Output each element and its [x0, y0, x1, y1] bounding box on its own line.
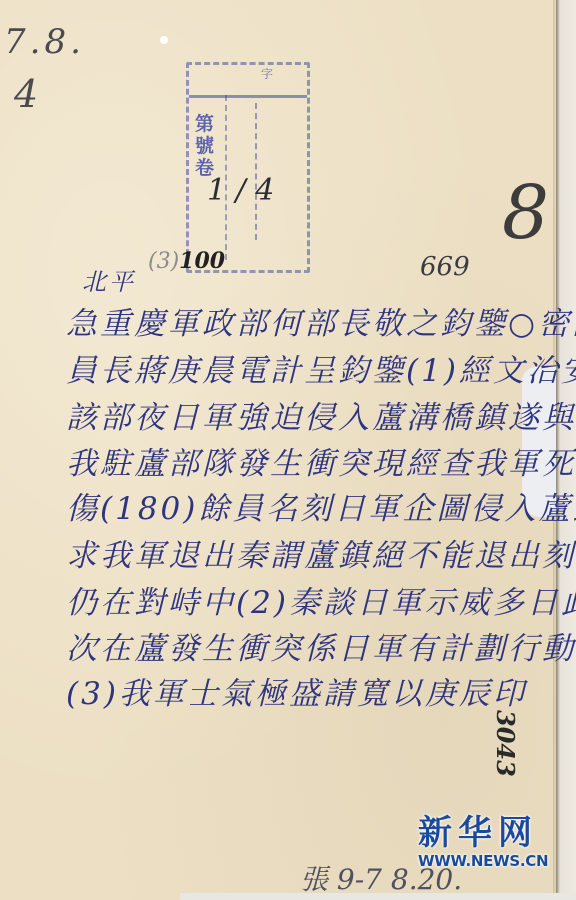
stamp-chars: 第 號 卷 [195, 113, 221, 179]
corner-note-date: 7.8. [4, 22, 85, 62]
stamp-divider [189, 95, 307, 98]
page-number: 8 [502, 170, 549, 256]
telegram-line: 員長蔣庚晨電計呈鈞鑒(1)經文治安 [66, 345, 496, 390]
archive-stamp: 字 第 號 卷 1 / 4 [186, 62, 310, 273]
telegram-line: 該部夜日軍強迫侵入蘆溝橋鎮遂與 [66, 392, 496, 437]
telegram-line: 傷(180)餘員名刻日軍企圖侵入蘆鎮要 [66, 483, 496, 528]
telegram-line: 急重慶軍政部何部長敬之鈞鑒○密請轉委 [66, 298, 496, 343]
corner-note-number: 4 [14, 72, 38, 116]
watermark-logo: 新华网 [418, 814, 550, 852]
stamp-top-text: 字 [261, 65, 273, 82]
stamp-handwritten-number: 1 / 4 [207, 173, 274, 208]
telegram-line: 求我軍退出秦謂蘆鎮絕不能退出刻? [66, 530, 496, 575]
stamp-column-line [255, 103, 259, 240]
telegram-line: (3)我軍士氣極盛請寬以庚辰印 [66, 668, 496, 713]
paper-hole [160, 36, 168, 44]
telegram-line: 仍在對峙中(2)秦談日軍示威多日此 [66, 577, 496, 622]
watermark-url: WWW.NEWS.CN [418, 852, 550, 870]
side-archive-number: 3043 [491, 710, 520, 777]
telegram-line: 我駐蘆部隊發生衝突現經查我軍死 [66, 438, 496, 483]
telegram-line: 次在蘆發生衝突係日軍有計劃行動 [66, 623, 496, 668]
telegram-origin: 北平 [82, 262, 512, 297]
xinhua-watermark: 新华网 WWW.NEWS.CN [418, 814, 550, 870]
